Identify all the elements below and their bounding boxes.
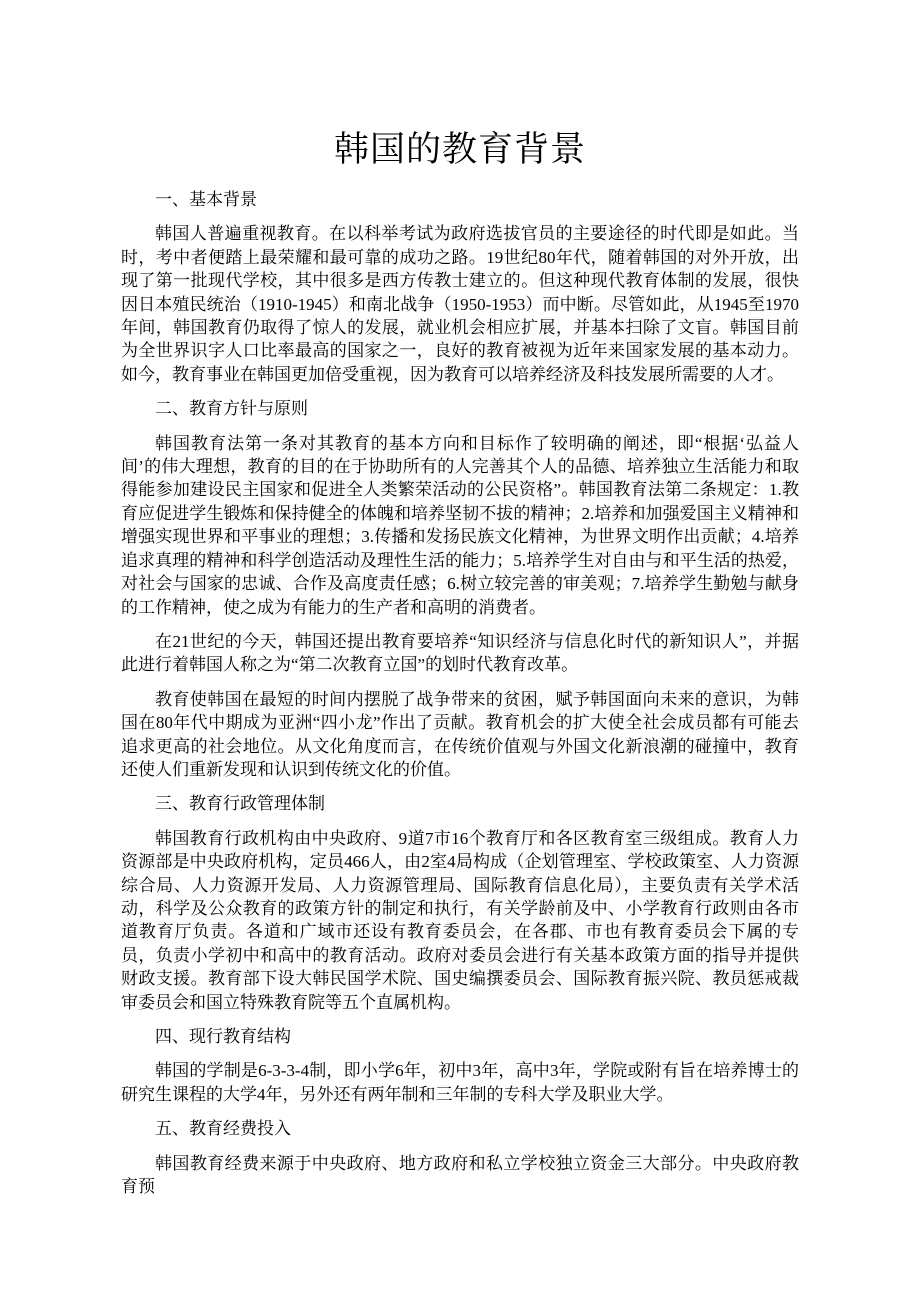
- paragraph-education-law: 韩国教育法第一条对其教育的基本方向和目标作了较明确的阐述，即“根据‘弘益人间’的…: [121, 432, 799, 619]
- paragraph-basic-background: 韩国人普遍重视教育。在以科举考试为政府选拔官员的主要途径的时代即是如此。当时，考…: [121, 222, 799, 386]
- section-heading-education-funding: 五、教育经费投入: [121, 1117, 799, 1140]
- document-page: 韩国的教育背景 一、基本背景 韩国人普遍重视教育。在以科举考试为政府选拔官员的主…: [0, 0, 920, 1302]
- section-heading-basic-background: 一、基本背景: [121, 188, 799, 211]
- paragraph-administration: 韩国教育行政机构由中央政府、9道7市16个教育厅和各区教育室三级组成。教育人力资…: [121, 827, 799, 1014]
- paragraph-education-impact: 教育使韩国在最短的时间内摆脱了战争带来的贫困，赋予韩国面向未来的意识，为韩国在8…: [121, 688, 799, 782]
- section-heading-education-policy: 二、教育方针与原则: [121, 397, 799, 420]
- paragraph-education-funding: 韩国教育经费来源于中央政府、地方政府和私立学校独立资金三大部分。中央政府教育预: [121, 1152, 799, 1199]
- document-title: 韩国的教育背景: [121, 127, 799, 173]
- section-heading-administration: 三、教育行政管理体制: [121, 792, 799, 815]
- paragraph-21st-century: 在21世纪的今天，韩国还提出教育要培养“知识经济与信息化时代的新知识人”，并据此…: [121, 630, 799, 677]
- paragraph-education-structure: 韩国的学制是6-3-3-4制，即小学6年，初中3年，高中3年，学院或附有旨在培养…: [121, 1059, 799, 1106]
- section-heading-education-structure: 四、现行教育结构: [121, 1025, 799, 1048]
